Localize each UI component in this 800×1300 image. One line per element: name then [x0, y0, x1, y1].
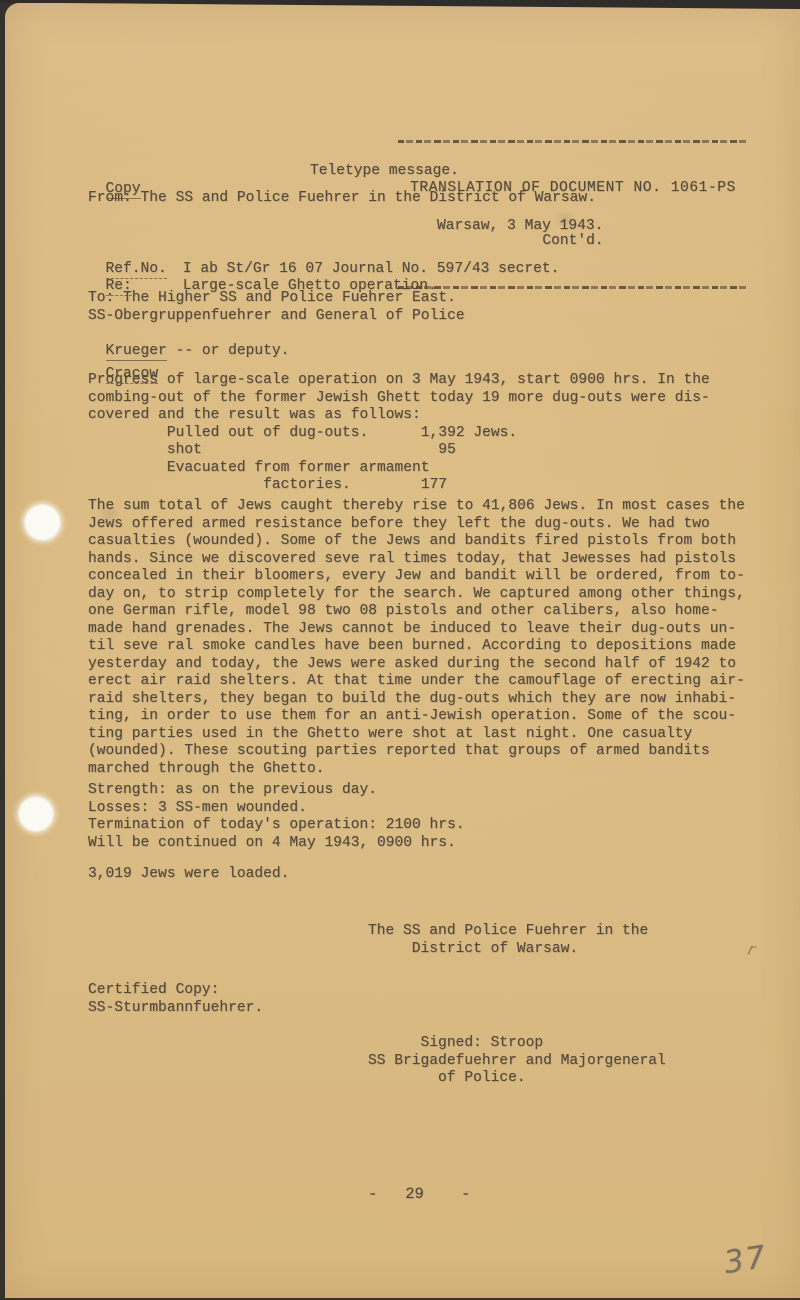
dashed-rule-top: [398, 140, 748, 143]
loaded-line: 3,019 Jews were loaded.: [88, 866, 289, 884]
signature-office: The SS and Police Fuehrer in the Distric…: [368, 923, 666, 958]
report-paragraph-1: Progress of large-scale operation on 3 M…: [88, 372, 710, 495]
signature-gap: [368, 993, 666, 1000]
dashed-rule-bottom: [398, 286, 748, 289]
text-line: of Police.: [368, 1070, 666, 1088]
punch-hole-top: [24, 504, 61, 541]
addressee-block: To: The Higher SS and Police Fuehrer Eas…: [88, 290, 465, 325]
punch-hole-bottom: [18, 796, 54, 832]
signature-signed: Signed: StroopSS Brigadefuehrer and Majo…: [368, 1035, 666, 1088]
text-line: Progress of large-scale operation on 3 M…: [88, 372, 710, 390]
text-line: Pulled out of dug-outs. 1,392 Jews.: [88, 425, 710, 443]
dateline: Warsaw, 3 May 1943.: [437, 218, 603, 236]
text-line: made hand grenades. The Jews cannot be i…: [88, 621, 745, 639]
text-line: covered and the result was as follows:: [88, 407, 710, 425]
text-line: To: The Higher SS and Police Fuehrer Eas…: [88, 290, 465, 308]
report-summary: Strength: as on the previous day.Losses:…: [88, 782, 465, 852]
text-line: factories. 177: [88, 477, 710, 495]
text-line: SS-Obergruppenfuehrer and General of Pol…: [88, 308, 465, 326]
text-line: til seve ral smoke candles have been bur…: [88, 638, 745, 656]
text-line: day on, to strip completely for the sear…: [88, 586, 745, 604]
text-line: combing-out of the former Jewish Ghett t…: [88, 390, 710, 408]
handwritten-page-number: 37: [721, 1239, 770, 1281]
text-line: Certified Copy:: [88, 982, 263, 1000]
text-line: shot 95: [88, 442, 710, 460]
text-line: marched through the Ghetto.: [88, 761, 745, 779]
text-line: one German rifle, model 98 two 08 pistol…: [88, 603, 745, 621]
text-line: Jews offered armed resistance before the…: [88, 516, 745, 534]
text-line: concealed in their bloomers, every Jew a…: [88, 568, 745, 586]
text-line: hands. Since we discovered seve ral time…: [88, 551, 745, 569]
message-type: Teletype message.: [310, 163, 459, 181]
signature-block: The SS and Police Fuehrer in the Distric…: [368, 888, 666, 1105]
page-number: - 29 -: [368, 1186, 470, 1204]
text-line: erect air raid shelters. At that time un…: [88, 673, 745, 691]
addressee-name-suffix: -- or deputy.: [167, 343, 290, 359]
text-line: SS Brigadefuehrer and Majorgeneral: [368, 1053, 666, 1071]
text-line: raid shelters, they began to build the d…: [88, 691, 745, 709]
text-line: Losses: 3 SS-men wounded.: [88, 800, 465, 818]
text-line: Signed: Stroop: [368, 1035, 666, 1053]
text-line: (wounded). These scouting parties report…: [88, 743, 745, 761]
text-line: The sum total of Jews caught thereby ris…: [88, 498, 745, 516]
report-paragraph-2: The sum total of Jews caught thereby ris…: [88, 498, 745, 778]
certification-block: Certified Copy:SS-Sturmbannfuehrer.: [88, 982, 263, 1017]
text-line: SS-Sturmbannfuehrer.: [88, 1000, 263, 1018]
text-line: Will be continued on 4 May 1943, 0900 hr…: [88, 835, 465, 853]
text-line: casualties (wounded). Some of the Jews a…: [88, 533, 745, 551]
text-line: ting parties used in the Ghetto were sho…: [88, 726, 745, 744]
text-line: District of Warsaw.: [368, 941, 666, 959]
text-line: ting, in order to use them for an anti-J…: [88, 708, 745, 726]
text-line: The SS and Police Fuehrer in the: [368, 923, 666, 941]
text-line: yesterday and today, the Jews were asked…: [88, 656, 745, 674]
from-line: From: The SS and Police Fuehrer in the D…: [88, 190, 596, 208]
text-line: Termination of today's operation: 2100 h…: [88, 817, 465, 835]
text-line: Evacuated from former armament: [88, 460, 710, 478]
text-line: Strength: as on the previous day.: [88, 782, 465, 800]
